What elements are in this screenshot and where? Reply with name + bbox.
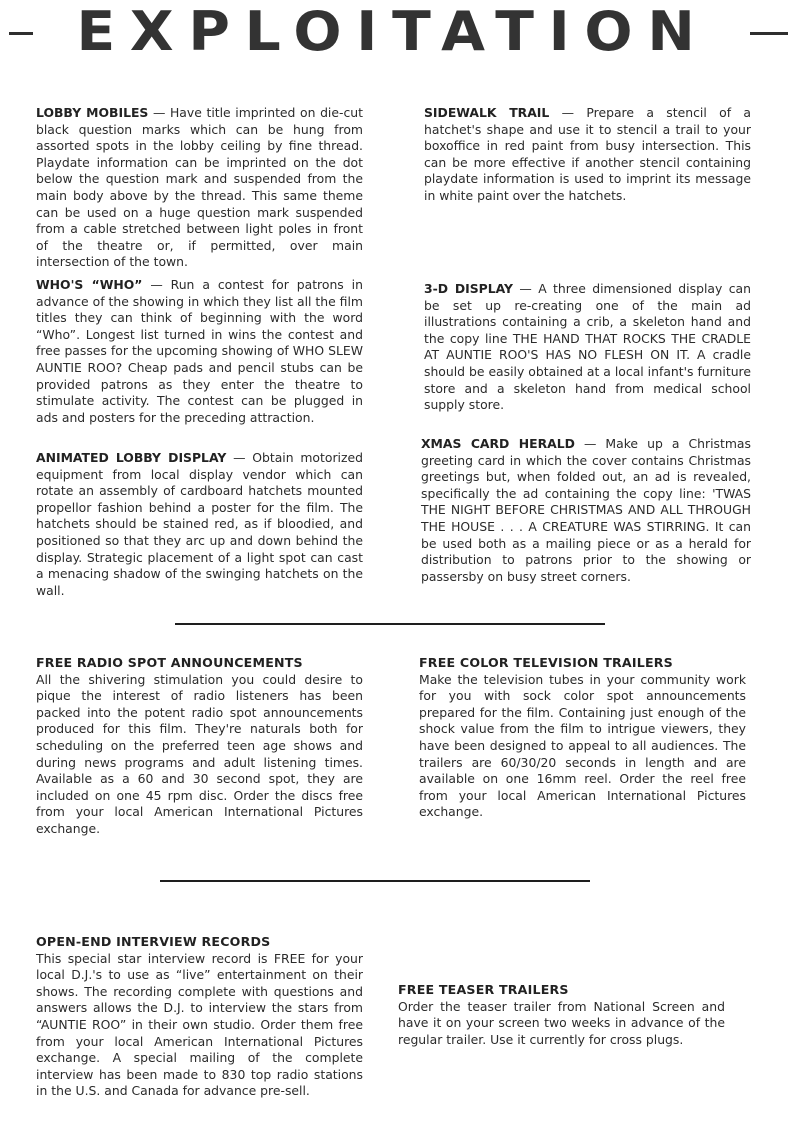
section-heading: FREE TEASER TRAILERS [398,982,725,999]
section-free-teaser-trailers: FREE TEASER TRAILERS Order the teaser tr… [398,982,725,1048]
section-heading: OPEN-END INTERVIEW RECORDS [36,934,363,951]
section-heading: XMAS CARD HERALD [421,436,575,451]
page-title-bar: EXPLOITATION [0,0,800,64]
section-lobby-mobiles: LOBBY MOBILES — Have title imprinted on … [36,105,363,271]
section-free-color-tv-trailers: FREE COLOR TELEVISION TRAILERS Make the … [419,655,746,821]
section-heading: FREE COLOR TELEVISION TRAILERS [419,655,746,672]
section-heading: 3-D DISPLAY [424,281,513,296]
divider-rule [160,880,590,882]
section-body: Run a contest for patrons in advance of … [36,277,363,425]
section-body: All the shivering stimulation you could … [36,672,363,836]
em-dash: — [513,281,538,296]
em-dash: — [142,277,170,292]
section-heading: WHO'S “WHO” [36,277,142,292]
section-animated-lobby-display: ANIMATED LOBBY DISPLAY — Obtain motorize… [36,450,363,599]
em-dash: — [226,450,252,465]
section-body: Have title imprinted on die-cut black qu… [36,105,363,269]
section-3d-display: 3-D DISPLAY — A three dimensioned displa… [424,281,751,414]
section-heading: ANIMATED LOBBY DISPLAY [36,450,226,465]
section-body: Make up a Christmas greeting card in whi… [421,436,751,584]
section-whos-who: WHO'S “WHO” — Run a contest for patrons … [36,277,363,426]
section-body: A three dimensioned display can be set u… [424,281,751,412]
section-heading: FREE RADIO SPOT ANNOUNCEMENTS [36,655,363,672]
em-dash: — [575,436,606,451]
title-dash-right [750,32,788,35]
section-heading: LOBBY MOBILES [36,105,148,120]
page-title: EXPLOITATION [20,0,766,64]
section-free-radio-spots: FREE RADIO SPOT ANNOUNCEMENTS All the sh… [36,655,363,838]
section-heading: SIDEWALK TRAIL [424,105,549,120]
section-open-end-interview-records: OPEN-END INTERVIEW RECORDS This special … [36,934,363,1100]
section-body: Order the teaser trailer from National S… [398,999,725,1047]
em-dash: — [549,105,586,120]
section-body: Make the television tubes in your commun… [419,672,746,820]
em-dash: — [148,105,170,120]
section-body: This special star interview record is FR… [36,951,363,1099]
section-xmas-card-herald: XMAS CARD HERALD — Make up a Christmas g… [421,436,751,585]
section-sidewalk-trail: SIDEWALK TRAIL — Prepare a stencil of a … [424,105,751,205]
section-body: Obtain motorized equipment from local di… [36,450,363,598]
divider-rule [175,623,605,625]
